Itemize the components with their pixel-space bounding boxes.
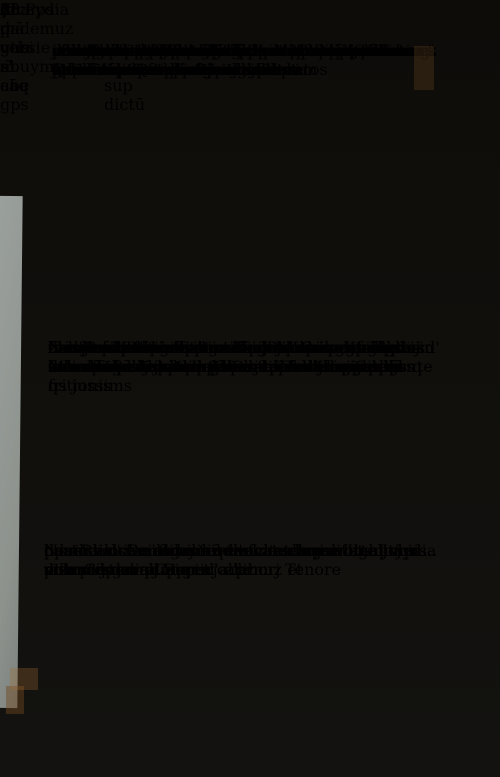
text-block-entry-2: Nos P ad' Attendentes lupū Aluari vespio…	[48, 338, 446, 492]
pasted-slip-blank	[44, 298, 292, 334]
ink-speck	[220, 406, 223, 409]
fore-edge-writing	[11, 158, 35, 165]
ink-speck	[217, 202, 220, 205]
fore-edge-writing	[10, 300, 32, 306]
wax-blotch	[429, 677, 438, 688]
ghost-mark	[162, 709, 175, 717]
ink-speck	[166, 461, 169, 464]
photo-backdrop: 78 nam meoz officiatui juredicro ipsa ad…	[0, 0, 500, 777]
ghost-mark	[241, 710, 255, 720]
ghost-mark	[85, 713, 97, 722]
fore-edge-writing	[14, 196, 32, 202]
ink-speck	[336, 251, 340, 255]
stain	[414, 46, 434, 90]
ink-blot	[108, 43, 115, 52]
fore-edge-writing	[16, 124, 36, 130]
ghost-mark	[119, 695, 136, 708]
backing-board	[0, 196, 23, 708]
ghost-mark	[258, 671, 271, 678]
text-line: nro penden sigillo munita. Dat Cesaraug …	[48, 338, 446, 376]
stain	[10, 668, 38, 690]
binding-stitch	[441, 10, 451, 32]
section-heading: Alcaydia dademuz	[0, 0, 73, 38]
text-line: dcam bauilia regans qdm vita duxins in h…	[44, 541, 444, 579]
ink-speck	[391, 416, 394, 419]
text-block-entry-3: Nos P ad' Confidentes d' fide z legalita…	[44, 541, 444, 681]
ghost-mark	[367, 700, 383, 711]
text-line: aº ccº xlº sexto vidit: bñ	[52, 41, 246, 60]
interlinear-addition: sup dictū	[104, 76, 145, 114]
ghost-mark	[297, 696, 314, 707]
binding-stitch	[449, 6, 456, 32]
stain	[6, 686, 24, 714]
ink-speck	[89, 448, 92, 451]
binding-stitch	[456, 14, 465, 31]
